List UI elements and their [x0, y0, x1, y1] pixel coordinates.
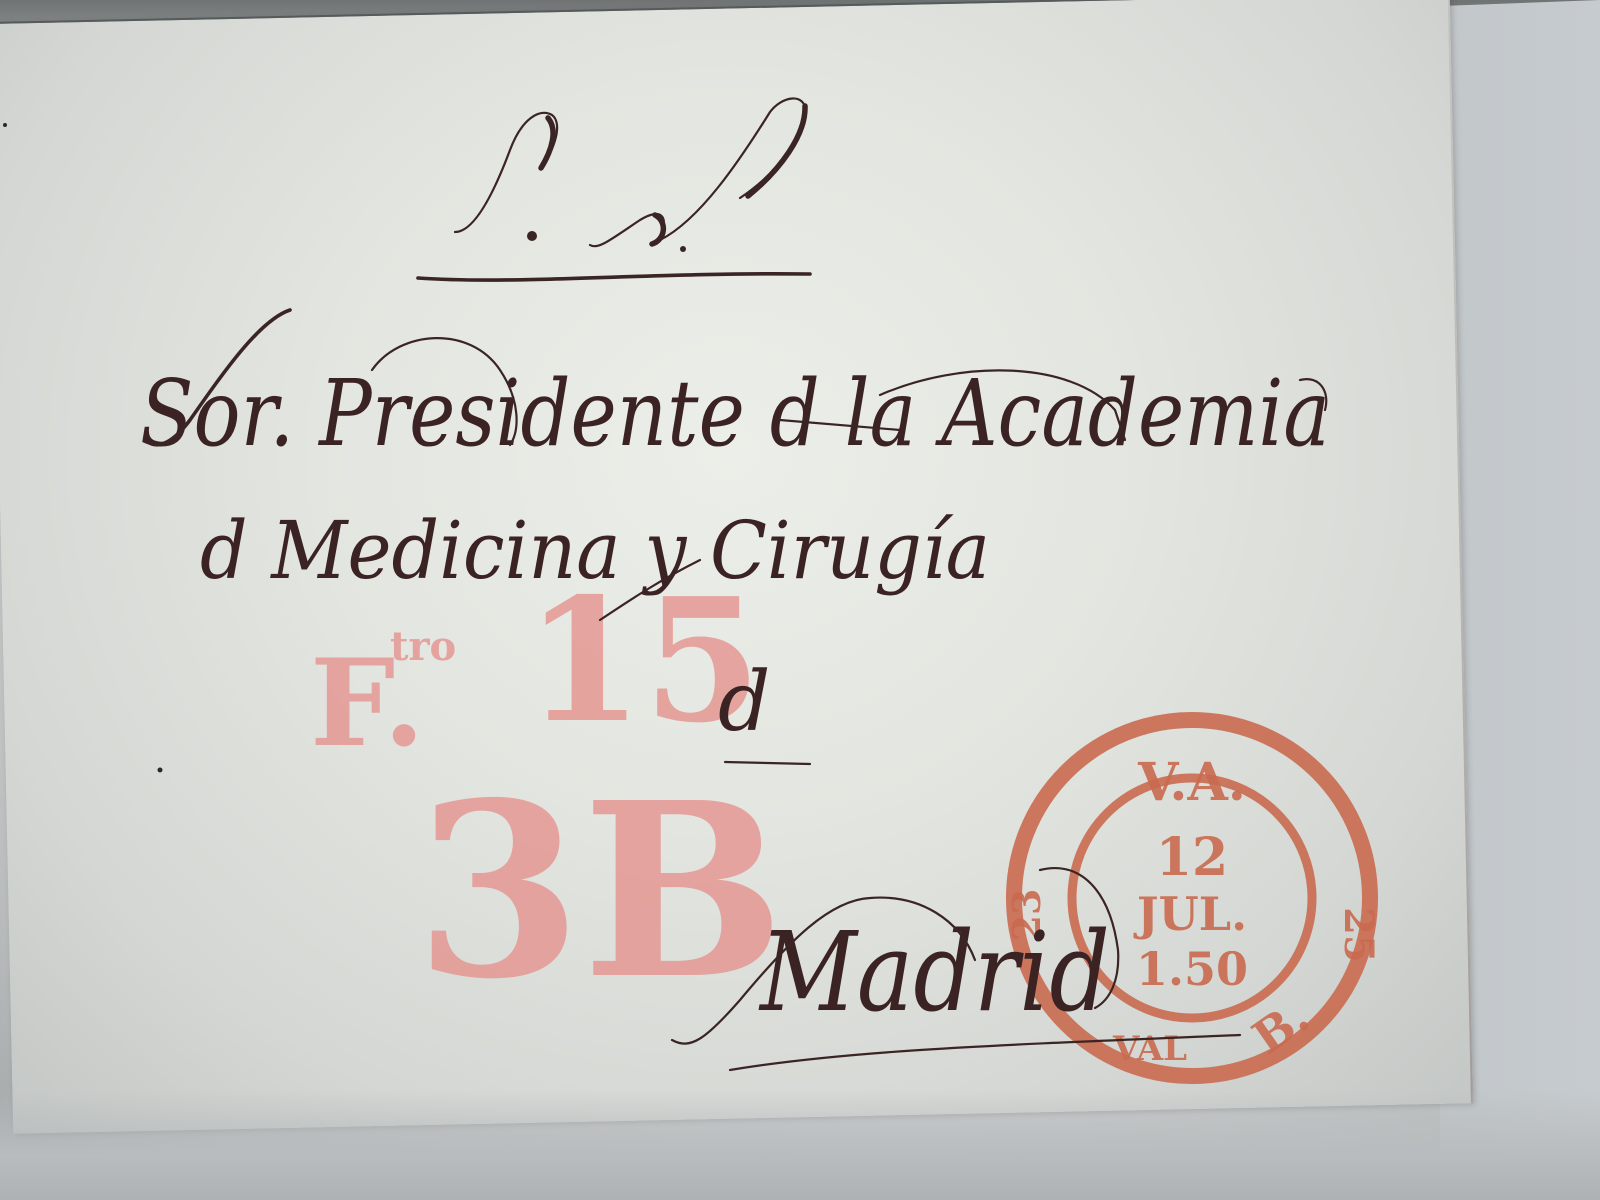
address-line-1-text: Sor. Presidente d la Academia: [140, 360, 1330, 467]
datestamp-bottom-arc: VAL: [1112, 1029, 1187, 1069]
datestamp-town: V.A.: [1137, 752, 1246, 813]
datestamp-right-rim: 25: [1335, 907, 1382, 963]
address-line-3-script: d: [718, 655, 810, 764]
address-line-2-text: d Medicina y Cirugía: [200, 504, 990, 597]
salutation-script: [418, 98, 810, 280]
datestamp-day: 12: [1156, 827, 1228, 888]
handstamp-superscript: tro: [390, 623, 456, 670]
datestamp-year: 1.50: [1136, 942, 1248, 996]
address-line-1-script: Sor. Presidente d la Academia: [140, 310, 1330, 467]
address-line-3-text: d: [718, 655, 771, 750]
city-text: Madrid: [758, 908, 1110, 1036]
datestamp-month: JUL.: [1133, 887, 1247, 941]
handwriting-and-stamps: F. tro 15 3B Sor. Presidente d la Academ…: [0, 0, 1600, 1200]
handstamp-rate: 3B: [415, 750, 785, 1032]
photo-scene: S. S. Sor. Presidente d la Academia d Me…: [0, 0, 1600, 1200]
franchise-handstamp: F. tro 15 3B: [310, 561, 785, 1032]
